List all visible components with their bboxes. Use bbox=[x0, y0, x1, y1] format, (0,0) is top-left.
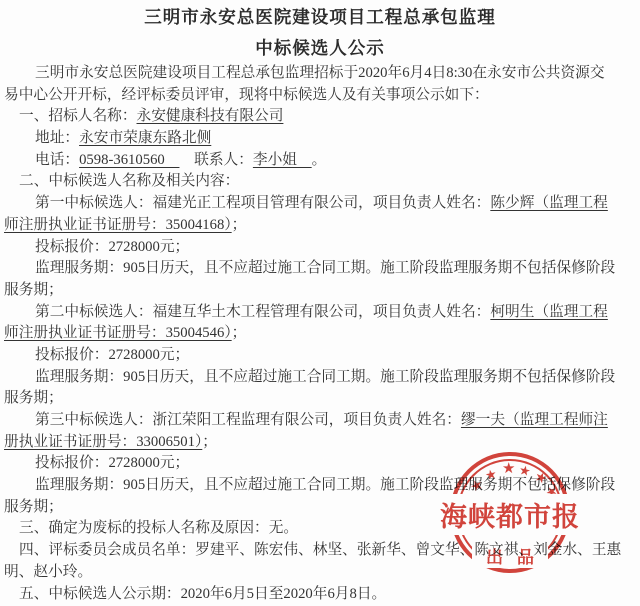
text-run: 投标报价：2728000元； bbox=[35, 347, 189, 363]
text-run: 投标报价：2728000元； bbox=[35, 455, 189, 471]
doc-line: 电话：0598-3610560 联系人：李小姐 。 bbox=[0, 150, 640, 172]
doc-line: 三、确定为废标的投标人名称及原因：无。 bbox=[0, 518, 640, 540]
doc-line: 监理服务期：905日历天，且不应超过施工合同工期。施工阶段监理服务期不包括保修阶… bbox=[0, 258, 640, 280]
document-page: 三明市永安总医院建设项目工程总承包监理 中标候选人公示 三明市永安总医院建设项目… bbox=[0, 0, 640, 606]
title-line-2: 中标候选人公示 bbox=[0, 33, 640, 64]
underlined-text: 师注册执业证书证册号：35004168） bbox=[4, 217, 232, 233]
text-run: 五、中标候选人公示期：2020年6月5日至2020年6月8日。 bbox=[19, 586, 386, 602]
doc-line: 第三中标候选人：浙江荣阳工程监理有限公司，项目负责人姓名：缪一夫（监理工程师注 bbox=[0, 410, 640, 432]
doc-line: 服务期； bbox=[0, 388, 640, 410]
doc-line: 四、评标委员会成员名单：罗建平、陈宏伟、林坚、张新华、曾文华、陈文祺、刘金水、王… bbox=[0, 540, 640, 562]
text-run: ； bbox=[202, 434, 217, 450]
text-run: 三、确定为废标的投标人名称及原因：无。 bbox=[19, 520, 298, 536]
doc-line: 五、中标候选人公示期：2020年6月5日至2020年6月8日。 bbox=[0, 584, 640, 606]
doc-line: 服务期； bbox=[0, 497, 640, 519]
doc-line: 三明市永安总医院建设项目工程总承包监理招标于2020年6月4日8:30在永安市公… bbox=[0, 63, 640, 85]
doc-line: 明、赵小玲。 bbox=[0, 562, 640, 584]
doc-line: 册执业证书证册号：33006501）； bbox=[0, 432, 640, 454]
doc-line: 二、中标候选人名称及相关内容： bbox=[0, 171, 640, 193]
underlined-text: 陈少辉（监理工程 bbox=[490, 195, 608, 211]
doc-line: 第二中标候选人：福建互华土木工程管理有限公司，项目负责人姓名：柯明生（监理工程 bbox=[0, 302, 640, 324]
doc-line: 服务期； bbox=[0, 280, 640, 302]
text-run: 第三中标候选人：浙江荣阳工程监理有限公司，项目负责人姓名： bbox=[35, 412, 461, 428]
doc-line: 第一中标候选人：福建光正工程项目管理有限公司，项目负责人姓名：陈少辉（监理工程 bbox=[0, 193, 640, 215]
text-run: 地址： bbox=[35, 130, 79, 146]
text-run: ； bbox=[232, 217, 247, 233]
text-run: 监理服务期：905日历天，且不应超过施工合同工期。施工阶段监理服务期不包括保修阶… bbox=[35, 477, 615, 493]
underlined-text: 李小姐 bbox=[253, 152, 312, 168]
text-run: 三明市永安总医院建设项目工程总承包监理招标于2020年6月4日8:30在永安市公… bbox=[35, 65, 605, 81]
text-run: 监理服务期：905日历天，且不应超过施工合同工期。施工阶段监理服务期不包括保修阶… bbox=[35, 260, 615, 276]
text-run: 第一中标候选人：福建光正工程项目管理有限公司，项目负责人姓名： bbox=[35, 195, 490, 211]
underlined-text: 永安市荣康东路北侧 bbox=[79, 130, 211, 146]
text-run: 服务期； bbox=[4, 499, 63, 515]
doc-line: 投标报价：2728000元； bbox=[0, 237, 640, 259]
document-body: 三明市永安总医院建设项目工程总承包监理招标于2020年6月4日8:30在永安市公… bbox=[0, 63, 640, 605]
doc-line: 地址：永安市荣康东路北侧 bbox=[0, 128, 640, 150]
text-run: 易中心公开开标，经评标委员评审，现将中标候选人及有关事项公示如下： bbox=[4, 87, 489, 103]
text-run: 。 bbox=[312, 152, 327, 168]
doc-line: 监理服务期：905日历天，且不应超过施工合同工期。施工阶段监理服务期不包括保修阶… bbox=[0, 367, 640, 389]
doc-line: 一、招标人名称：永安健康科技有限公司 bbox=[0, 106, 640, 128]
underlined-text: 0598-3610560 bbox=[79, 152, 179, 168]
text-run: 服务期； bbox=[4, 282, 63, 298]
doc-line: 师注册执业证书证册号：35004168）； bbox=[0, 215, 640, 237]
underlined-text: 师注册执业证书证册号：35004546） bbox=[4, 325, 232, 341]
underlined-text: 永安健康科技有限公司 bbox=[137, 108, 284, 124]
doc-line: 监理服务期：905日历天，且不应超过施工合同工期。施工阶段监理服务期不包括保修阶… bbox=[0, 475, 640, 497]
text-run: ； bbox=[232, 325, 247, 341]
text-run: 电话： bbox=[35, 152, 79, 168]
text-run: 联系人： bbox=[179, 152, 252, 168]
title-line-1: 三明市永安总医院建设项目工程总承包监理 bbox=[0, 2, 640, 33]
underlined-text: 册执业证书证册号：33006501） bbox=[4, 434, 202, 450]
underlined-text: 缪一夫（监理工程师注 bbox=[461, 412, 608, 428]
doc-line: 投标报价：2728000元； bbox=[0, 345, 640, 367]
underlined-text: 柯明生（监理工程 bbox=[490, 304, 608, 320]
text-run: 二、中标候选人名称及相关内容： bbox=[19, 173, 239, 189]
doc-line: 易中心公开开标，经评标委员评审，现将中标候选人及有关事项公示如下： bbox=[0, 85, 640, 107]
doc-line: 师注册执业证书证册号：35004546）； bbox=[0, 323, 640, 345]
doc-line: 投标报价：2728000元； bbox=[0, 453, 640, 475]
text-run: 第二中标候选人：福建互华土木工程管理有限公司，项目负责人姓名： bbox=[35, 304, 490, 320]
text-run: 服务期； bbox=[4, 390, 63, 406]
text-run: 监理服务期：905日历天，且不应超过施工合同工期。施工阶段监理服务期不包括保修阶… bbox=[35, 369, 615, 385]
text-run: 投标报价：2728000元； bbox=[35, 239, 189, 255]
text-run: 明、赵小玲。 bbox=[4, 564, 92, 580]
document-title: 三明市永安总医院建设项目工程总承包监理 中标候选人公示 bbox=[0, 2, 640, 64]
text-run: 四、评标委员会成员名单：罗建平、陈宏伟、林坚、张新华、曾文华、陈文祺、刘金水、王… bbox=[19, 542, 621, 558]
text-run: 一、招标人名称： bbox=[19, 108, 137, 124]
